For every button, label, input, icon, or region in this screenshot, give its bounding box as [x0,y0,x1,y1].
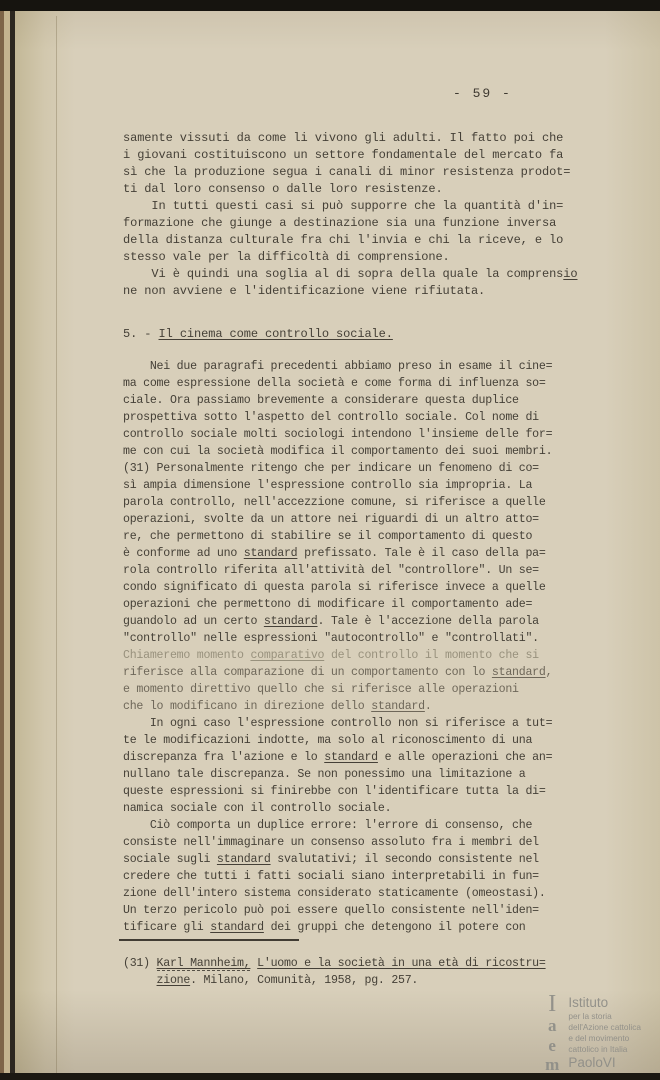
scanned-document-page: - 59 - samente vissuti da come li vivono… [0,0,660,1080]
footnote-separator [119,939,299,941]
text-line: guandolo ad un certo standard. Tale è l'… [123,613,552,630]
text-line: condo significato di questa parola si ri… [123,579,552,596]
text-line: Nei due paragrafi precedenti abbiamo pre… [123,358,552,375]
section-heading: 5. - Il cinema come controllo sociale. [123,326,393,343]
text-line: In tutti questi casi si può supporre che… [123,198,577,215]
text-line: ciale. Ora passiamo brevemente a conside… [123,392,552,409]
text-line: che lo modificano in direzione dello sta… [123,698,552,715]
text-line: (31) Karl Mannheim, L'uomo e la società … [123,955,546,972]
text-line: riferisce alla comparazione di un compor… [123,664,552,681]
watermark-line: e del movimento [568,1034,641,1042]
text-line: sì ampia dimensione l'espressione contro… [123,477,552,494]
text-line: Un terzo pericolo può poi essere quello … [123,902,552,919]
text-line: nullano tale discrepanza. Se non ponessi… [123,766,552,783]
text-line: samente vissuti da come li vivono gli ad… [123,130,577,147]
text-line: queste espressioni si finirebbe con l'id… [123,783,552,800]
text-line: re, che permettono di stabilire se il co… [123,528,552,545]
watermark-line: per la storia [568,1012,641,1020]
text-line: i giovani costituiscono un settore fonda… [123,147,577,164]
text-line: Chiameremo momento comparativo del contr… [123,647,552,664]
text-line: consiste nell'immaginare un consenso ass… [123,834,552,851]
watermark-line: PaoloVI [568,1056,641,1070]
text-line: ma come espressione della società e come… [123,375,552,392]
isacem-text: Istituto per la storia dell'Azione catto… [565,995,641,1071]
text-line: te le modificazioni indotte, ma solo al … [123,732,552,749]
text-line: credere che tutti i fatti sociali siano … [123,868,552,885]
text-line: tificare gli standard dei gruppi che det… [123,919,552,936]
text-line: stesso vale per la difficoltà di compren… [123,249,577,266]
text-line: rola controllo riferita all'attività del… [123,562,552,579]
text-line: sì che la produzione segua i canali di m… [123,164,577,181]
text-line: zione. Milano, Comunità, 1958, pg. 257. [123,972,546,989]
text-line: sociale sugli standard svalutativi; il s… [123,851,552,868]
text-line: e momento direttivo quello che si riferi… [123,681,552,698]
text-line: "controllo" nelle espressioni "autocontr… [123,630,552,647]
scan-edge-top [0,0,660,11]
text-line: ti dal loro consenso o dalle loro resist… [123,181,577,198]
isacem-monogram: I a e m [539,995,565,1071]
text-line: (31) Personalmente ritengo che per indic… [123,460,552,477]
text-line: controllo sociale molti sociologi intend… [123,426,552,443]
monogram-letter: a [548,1020,557,1032]
page-number: - 59 - [453,86,512,101]
text-line: Vi è quindi una soglia al di sopra della… [123,266,577,283]
watermark-line: dell'Azione cattolica [568,1023,641,1031]
text-line: me con cui la società modifica il compor… [123,443,552,460]
monogram-letter: m [545,1059,559,1071]
watermark-line: cattolico in Italia [568,1045,641,1053]
text-line: operazioni che permettono di modificare … [123,596,552,613]
text-line: namica sociale con il controllo sociale. [123,800,552,817]
body-paragraphs-main: Nei due paragrafi precedenti abbiamo pre… [123,358,552,936]
binding-gutter-shadow [10,5,15,1080]
text-line: 5. - Il cinema come controllo sociale. [123,326,393,343]
text-line: è conforme ad uno standard prefissato. T… [123,545,552,562]
text-line: operazioni, svolte da un attore nei rigu… [123,511,552,528]
paper-sheet: - 59 - samente vissuti da come li vivono… [15,10,660,1080]
isacem-watermark: I a e m Istituto per la storia dell'Azio… [539,995,641,1071]
text-line: Ciò comporta un duplice errore: l'errore… [123,817,552,834]
monogram-letter: e [548,1040,556,1052]
text-line: ne non avviene e l'identificazione viene… [123,283,577,300]
text-line: parola controllo, nell'accezzione comune… [123,494,552,511]
text-line: prospettiva sotto l'aspetto del controll… [123,409,552,426]
text-line: discrepanza fra l'azione e lo standard e… [123,749,552,766]
monogram-letter: I [548,996,556,1013]
watermark-line: Istituto [568,996,641,1010]
text-line: della distanza culturale fra chi l'invia… [123,232,577,249]
scan-edge-bottom [0,1073,660,1080]
body-paragraphs-top: samente vissuti da come li vivono gli ad… [123,130,577,300]
text-line: In ogni caso l'espressione controllo non… [123,715,552,732]
text-line: formazione che giunge a destinazione sia… [123,215,577,232]
text-line: zione dell'intero sistema considerato st… [123,885,552,902]
footnote: (31) Karl Mannheim, L'uomo e la società … [123,955,546,989]
